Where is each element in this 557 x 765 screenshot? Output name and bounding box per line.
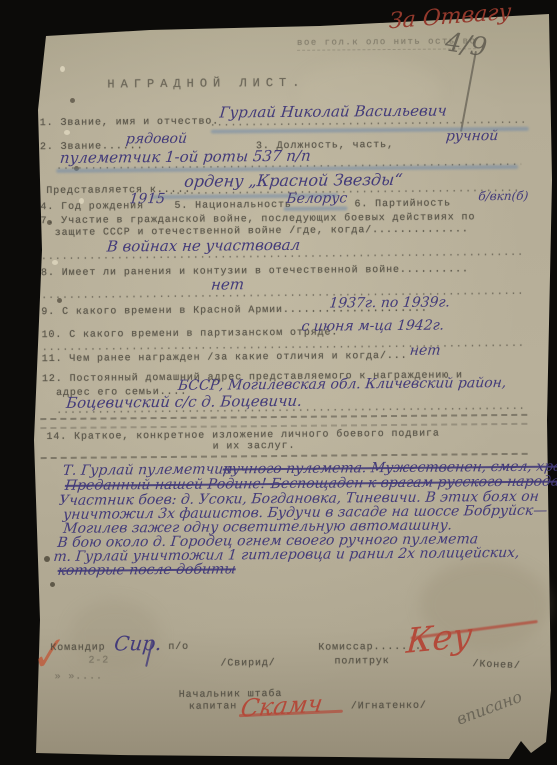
ink-underline [283, 206, 347, 211]
field-10-label: 10. С какого времени в партизанском отря… [42, 327, 339, 341]
chief-name: /Игнатенко/ [351, 701, 427, 713]
field-11-value: нет [409, 343, 441, 359]
field-5-value: Белорус [286, 190, 348, 207]
pencil-note: вписано [454, 687, 525, 729]
field-6-value: б/вкп(б) [478, 189, 529, 203]
commander-sub-mark: 2-2 [88, 655, 109, 666]
document-content: За Отвагу вое гол.к оло нить ость во 4/9… [0, 0, 557, 765]
chief-rank-label: капитан [189, 701, 237, 712]
chief-signature: Скамч [239, 689, 325, 722]
presented-for-value: ордену „Красной Звезды“ [183, 170, 403, 191]
field-2-value: рядовой [125, 131, 188, 148]
commissar-name: /Конев/ [472, 659, 521, 672]
commander-name: /Свирид/ [220, 658, 275, 669]
narrative-line8-strikethrough: которые после добиты [57, 561, 237, 579]
field-1-label: 1. Звание, имя и отчество. [40, 117, 220, 130]
field-5-label: 5. Национальность [174, 200, 291, 212]
commander-signature: Сир. [113, 631, 163, 655]
pencil-fraction: 4/9 [443, 27, 489, 63]
dashed-separator [40, 423, 527, 429]
field-3-value-part1: ручной [445, 128, 499, 144]
field-14-label-line2: и их заслуг. [213, 441, 296, 453]
field-6-label: 6. Партийность [354, 198, 451, 210]
document-title: НАГРАДНОЙ ЛИСТ. [107, 76, 305, 92]
field-12-value-line1: БССР, Могилевская обл. Кличевский район, [177, 375, 507, 394]
field-8-label: 8. Имеет ли ранения и контузии в отечест… [41, 264, 469, 279]
commander-unit-label: п/о [168, 642, 189, 653]
field-3-value-part2: пулеметчик 1-ой роты 537 п/п [59, 147, 311, 167]
commissar-signature: Кеу [405, 615, 474, 662]
scanned-document-photo: За Отвагу вое гол.к оло нить ость во 4/9… [0, 0, 557, 765]
field-10-value: с июня м-ца 1942г. [301, 318, 445, 335]
dashed-separator [41, 453, 528, 459]
field-1-value: Гурлай Николай Васильевич [219, 102, 448, 122]
field-11-label: 11. Чем ранее награжден /за какие отличи… [42, 351, 408, 365]
dotted-row: ........................................… [41, 287, 524, 302]
faint-quote-marks: » ».... [55, 672, 103, 683]
commissar-rank-label: политрук [334, 656, 389, 667]
field-9-value: 1937г. по 1939г. [329, 294, 451, 311]
field-4-value: 1915 [129, 191, 166, 207]
commander-label: Командир [50, 643, 105, 654]
